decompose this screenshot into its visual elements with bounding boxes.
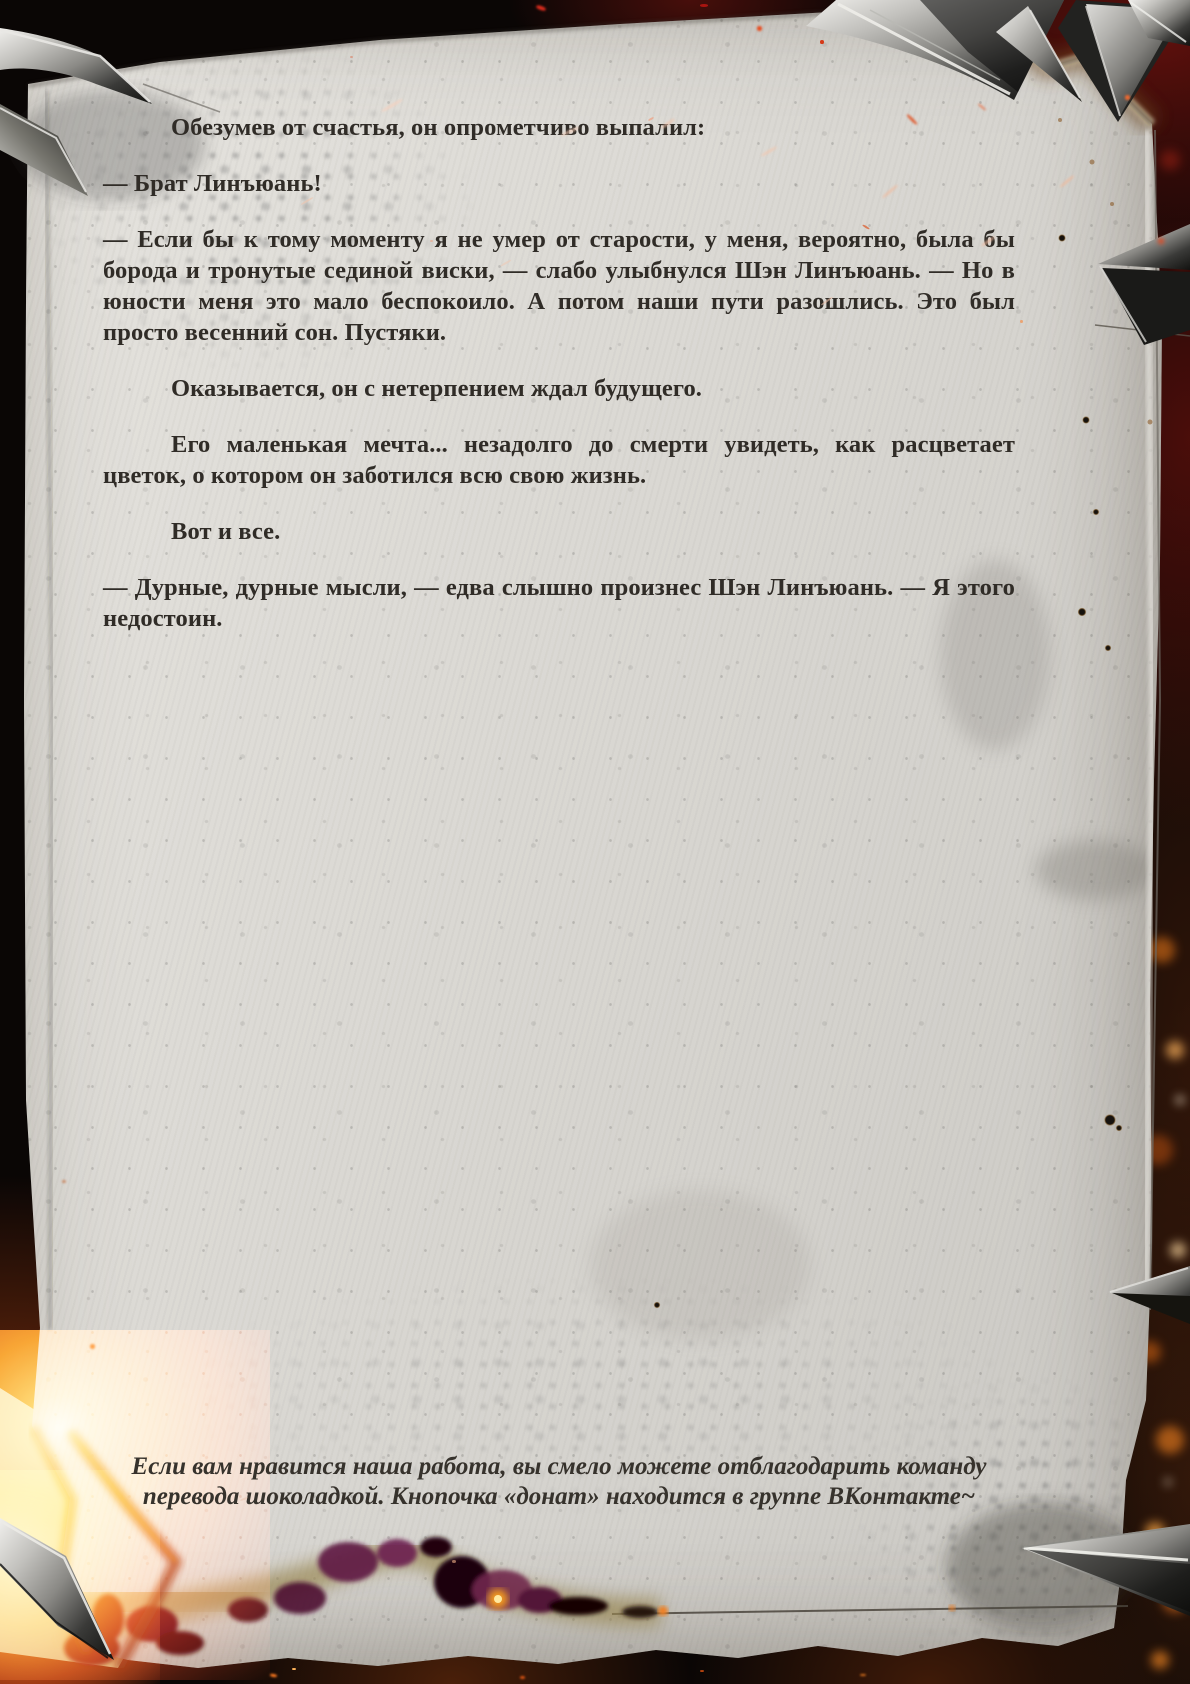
paragraph: Оказывается, он с нетерпением ждал будущ… bbox=[103, 373, 1015, 404]
paragraph: Его маленькая мечта... незадолго до смер… bbox=[103, 429, 1015, 491]
translator-note: Если вам нравится наша работа, вы смело … bbox=[103, 1452, 1015, 1512]
paper-stain bbox=[590, 1190, 810, 1340]
paragraph: Обезумев от счастья, он опрометчиво выпа… bbox=[103, 112, 1015, 143]
paragraph: Вот и все. bbox=[103, 516, 1015, 547]
paragraph: — Дурные, дурные мысли, — едва слышно пр… bbox=[103, 572, 1015, 634]
paragraph: — Если бы к тому моменту я не умер от ст… bbox=[103, 224, 1015, 348]
paragraph: — Брат Линъюань! bbox=[103, 168, 1015, 199]
scanned-page: Обезумев от счастья, он опрометчиво выпа… bbox=[0, 0, 1190, 1684]
paper-stain bbox=[1035, 840, 1155, 900]
page-text: Обезумев от счастья, он опрометчиво выпа… bbox=[103, 0, 1015, 634]
